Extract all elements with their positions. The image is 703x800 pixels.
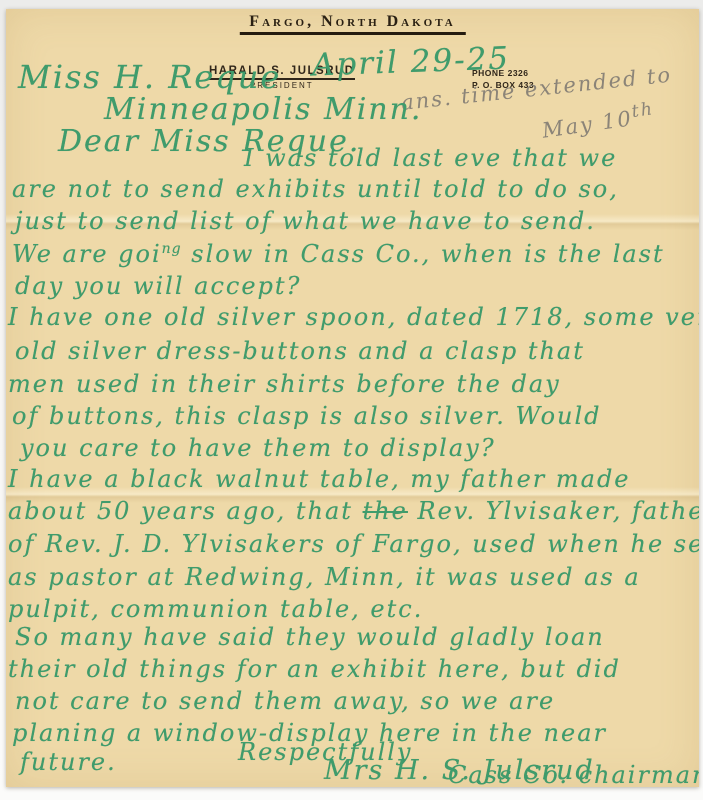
line-text: We are goi [12,240,162,268]
handwritten-line: men used in their shirts before the day [8,371,561,399]
handwritten-date: April 29-25 [311,42,510,85]
inserted-word: ng [162,241,182,257]
handwritten-line: just to send list of what we have to sen… [15,208,596,236]
handwritten-line: pulpit, communion table, etc. [8,596,423,624]
handwritten-line: are not to send exhibits until told to d… [12,176,619,204]
handwritten-line: We are going slow in Cass Co., when is t… [12,241,665,269]
line-text: Rev. Ylvisaker, father [408,497,699,525]
handwritten-line: as pastor at Redwing, Minn, it was used … [8,564,641,592]
handwritten-line: you care to have them to display? [20,435,496,463]
handwritten-line: of buttons, this clasp is also silver. W… [12,403,602,431]
handwritten-line: So many have said they would gladly loan [15,624,605,652]
scanned-letter: Fargo, North Dakota HARALD S. JULSRUD PR… [0,0,703,800]
handwritten-line: day you will accept? [15,273,301,301]
struck-word: the [363,497,408,525]
handwritten-line: future. [20,749,117,777]
letter-paper: Fargo, North Dakota HARALD S. JULSRUD PR… [6,9,699,787]
line-text: about 50 years ago, that [8,497,363,525]
line-text: slow in Cass Co., when is the last [182,240,665,268]
pencil-note-date: May 10 [541,106,635,142]
handwritten-line: their old things for an exhibit here, bu… [8,656,621,684]
handwritten-line: I was told last eve that we [244,145,617,173]
handwritten-line: I have one old silver spoon, dated 1718,… [8,304,699,332]
letterhead-city: Fargo, North Dakota [239,13,465,35]
handwritten-line: not care to send them away, so we are [15,688,555,716]
recipient-city: Minneapolis Minn. [104,93,422,128]
handwritten-line: about 50 years ago, that the Rev. Ylvisa… [8,498,699,526]
handwritten-line: old silver dress-buttons and a clasp tha… [15,338,585,366]
recipient-name: Miss H. Reque [18,59,281,96]
handwritten-line: I have a black walnut table, my father m… [8,466,631,494]
signature-role: Cass Co. chairman [448,762,699,787]
handwritten-line: of Rev. J. D. Ylvisakers of Fargo, used … [8,531,699,559]
pencil-note-date-suffix: th [630,99,655,122]
pencil-note-line2: May 10th [540,99,656,143]
